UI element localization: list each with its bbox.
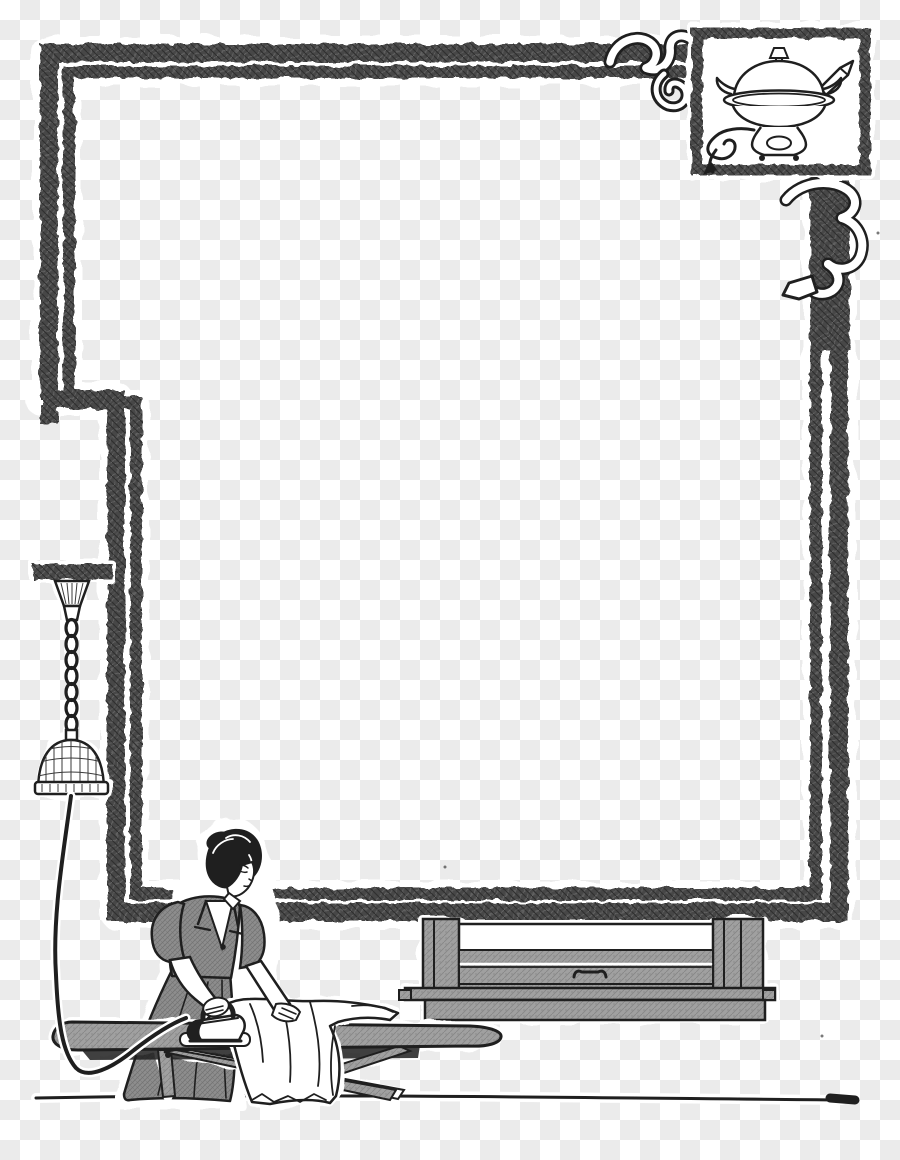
bench-stand bbox=[399, 919, 775, 1020]
chafing-dish-panel bbox=[692, 28, 870, 175]
frame-left-stub bbox=[40, 404, 58, 424]
button bbox=[220, 944, 226, 950]
illustration-canvas bbox=[0, 0, 900, 1160]
bench-apron bbox=[459, 950, 713, 988]
bench-left-post bbox=[423, 919, 459, 990]
bench-base bbox=[425, 1000, 765, 1020]
lamp-bracket bbox=[33, 564, 113, 580]
bench-right-post bbox=[713, 919, 763, 990]
bench-ledge bbox=[405, 988, 775, 1000]
